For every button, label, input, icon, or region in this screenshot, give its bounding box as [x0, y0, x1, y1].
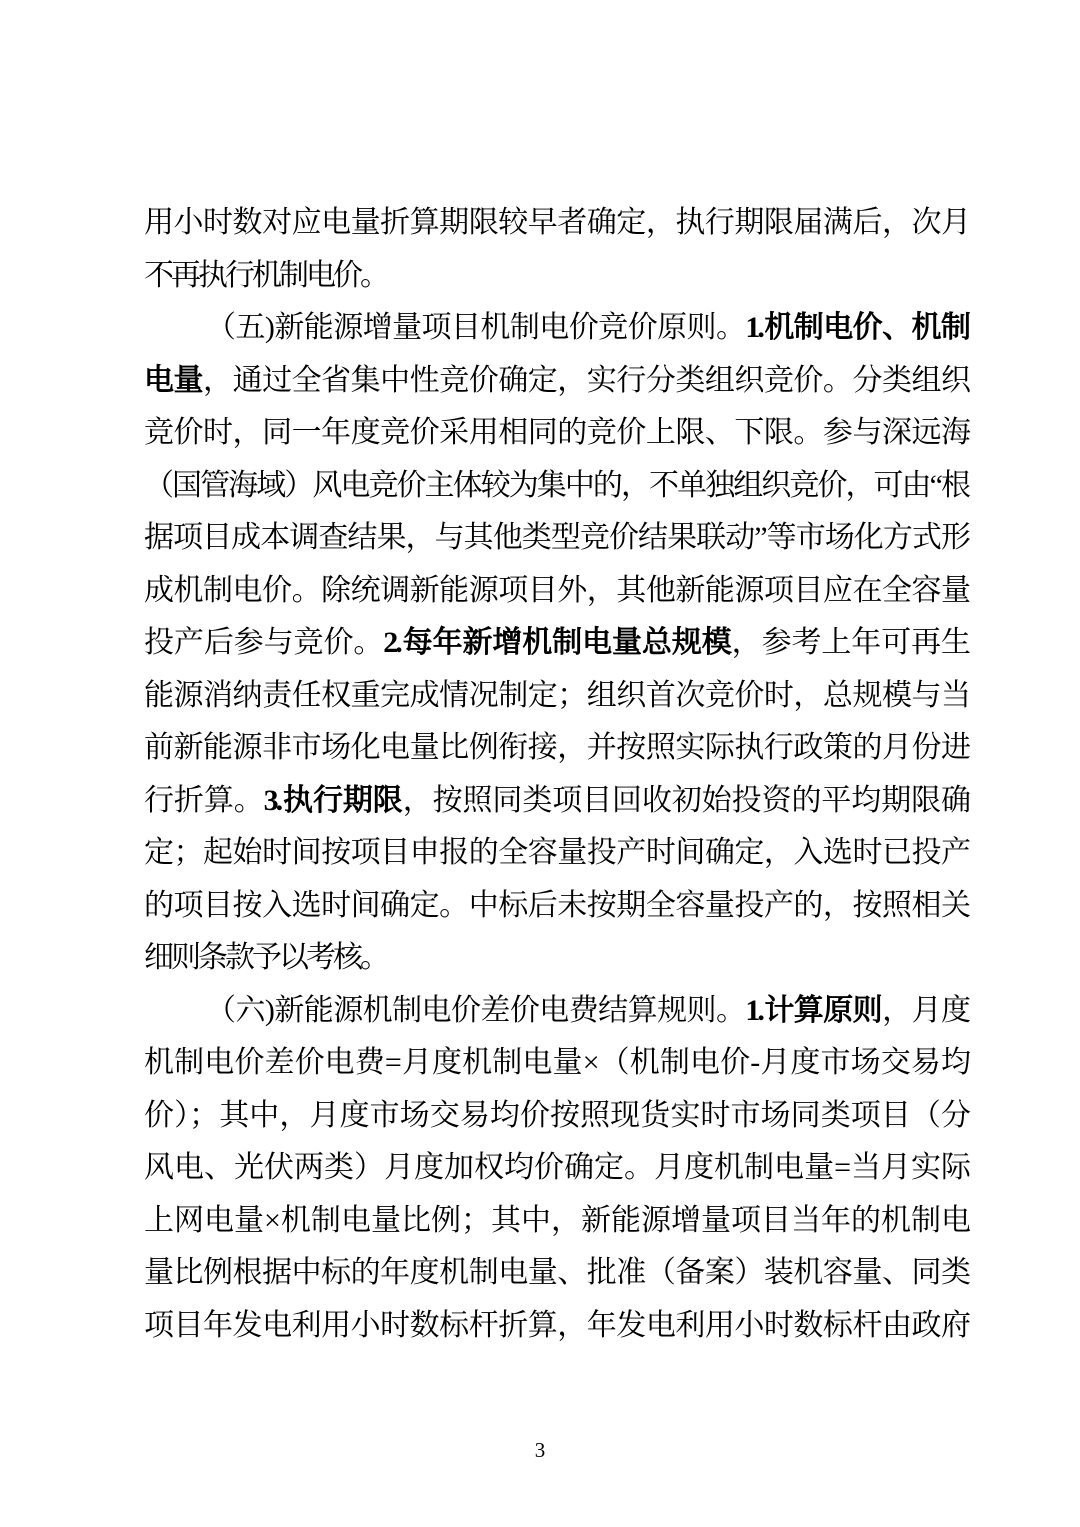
- text-segment: 的项目按入选时间确定。中标后未按期全容量投产的，按照相关: [144, 889, 968, 922]
- document-line: 行折算。3.执行期限，按照同类项目回收初始投资的平均期限确: [144, 775, 968, 828]
- text-segment: （六)新能源机制电价差价电费结算规则。: [206, 994, 745, 1027]
- bold-text-segment: 电量: [144, 364, 203, 397]
- document-line: 项目年发电利用小时数标杆折算，年发电利用小时数标杆由政府: [144, 1300, 968, 1353]
- text-segment: 投产后参与竞价。: [144, 626, 383, 659]
- document-line: 细则条款予以考核。: [144, 932, 968, 985]
- document-page: 用小时数对应电量折算期限较早者确定，执行期限届满后，次月不再执行机制电价。（五)…: [0, 0, 1080, 1527]
- document-line: 上网电量×机制电量比例；其中，新能源增量项目当年的机制电: [144, 1195, 968, 1248]
- text-segment: 机制电价差价电费=月度机制电量×（机制电价-月度市场交易均: [144, 1046, 968, 1079]
- text-segment: ，通过全省集中性竞价确定，实行分类组织竞价。分类组织: [203, 364, 968, 397]
- text-segment: 据项目成本调查结果，与其他类型竞价结果联动”等市场化方式形: [144, 521, 968, 554]
- text-segment: ，月度: [882, 994, 968, 1027]
- text-segment: ，参考上年可再生: [732, 626, 968, 659]
- bold-text-segment: 3.执行期限: [264, 784, 403, 817]
- text-segment: 量比例根据中标的年度机制电量、批准（备案）装机容量、同类: [144, 1256, 968, 1289]
- document-line: （国管海域）风电竞价主体较为集中的，不单独组织竞价，可由“根: [144, 460, 968, 513]
- text-segment: 行折算。: [144, 784, 264, 817]
- document-line: 前新能源非市场化电量比例衔接，并按照实际执行政策的月份进: [144, 722, 968, 775]
- text-segment: 项目年发电利用小时数标杆折算，年发电利用小时数标杆由政府: [144, 1309, 968, 1342]
- document-line: 电量，通过全省集中性竞价确定，实行分类组织竞价。分类组织: [144, 355, 968, 408]
- text-segment: 价）；其中，月度市场交易均价按照现货实时市场同类项目（分: [144, 1099, 968, 1132]
- document-line: 不再执行机制电价。: [144, 250, 968, 303]
- document-line: 风电、光伏两类）月度加权均价确定。月度机制电量=当月实际: [144, 1142, 968, 1195]
- document-line: 机制电价差价电费=月度机制电量×（机制电价-月度市场交易均: [144, 1037, 968, 1090]
- document-line: 能源消纳责任权重完成情况制定；组织首次竞价时，总规模与当: [144, 670, 968, 723]
- document-line: 据项目成本调查结果，与其他类型竞价结果联动”等市场化方式形: [144, 512, 968, 565]
- document-line: 量比例根据中标的年度机制电量、批准（备案）装机容量、同类: [144, 1247, 968, 1300]
- document-line: 的项目按入选时间确定。中标后未按期全容量投产的，按照相关: [144, 880, 968, 933]
- bold-text-segment: 2.每年新增机制电量总规模: [383, 626, 731, 659]
- text-segment: ，按照同类项目回收初始投资的平均期限确: [403, 784, 968, 817]
- document-line: 投产后参与竞价。2.每年新增机制电量总规模，参考上年可再生: [144, 617, 968, 670]
- document-line: 竞价时，同一年度竞价采用相同的竞价上限、下限。参与深远海: [144, 407, 968, 460]
- document-line: 成机制电价。除统调新能源项目外，其他新能源项目应在全容量: [144, 565, 968, 618]
- document-body: 用小时数对应电量折算期限较早者确定，执行期限届满后，次月不再执行机制电价。（五)…: [144, 197, 968, 1352]
- text-segment: 成机制电价。除统调新能源项目外，其他新能源项目应在全容量: [144, 574, 968, 607]
- text-segment: 前新能源非市场化电量比例衔接，并按照实际执行政策的月份进: [144, 731, 968, 764]
- text-segment: 能源消纳责任权重完成情况制定；组织首次竞价时，总规模与当: [144, 679, 968, 712]
- document-line: （六)新能源机制电价差价电费结算规则。1.计算原则，月度: [144, 985, 968, 1038]
- document-line: 价）；其中，月度市场交易均价按照现货实时市场同类项目（分: [144, 1090, 968, 1143]
- bold-text-segment: 1.计算原则: [745, 994, 882, 1027]
- page-number: 3: [0, 1438, 1080, 1463]
- text-segment: 细则条款予以考核。: [144, 941, 387, 974]
- text-segment: 风电、光伏两类）月度加权均价确定。月度机制电量=当月实际: [144, 1151, 968, 1184]
- document-line: （五)新能源增量项目机制电价竞价原则。1.机制电价、机制: [144, 302, 968, 355]
- text-segment: 定；起始时间按项目申报的全容量投产时间确定，入选时已投产: [144, 836, 968, 869]
- text-segment: 竞价时，同一年度竞价采用相同的竞价上限、下限。参与深远海: [144, 416, 968, 449]
- text-segment: （国管海域）风电竞价主体较为集中的，不单独组织竞价，可由“根: [144, 469, 968, 502]
- text-segment: 不再执行机制电价。: [144, 259, 387, 292]
- bold-text-segment: 1.机制电价、机制: [745, 311, 968, 344]
- text-segment: 上网电量×机制电量比例；其中，新能源增量项目当年的机制电: [144, 1204, 968, 1237]
- document-line: 定；起始时间按项目申报的全容量投产时间确定，入选时已投产: [144, 827, 968, 880]
- document-line: 用小时数对应电量折算期限较早者确定，执行期限届满后，次月: [144, 197, 968, 250]
- text-segment: 用小时数对应电量折算期限较早者确定，执行期限届满后，次月: [144, 206, 968, 239]
- text-segment: （五)新能源增量项目机制电价竞价原则。: [206, 311, 745, 344]
